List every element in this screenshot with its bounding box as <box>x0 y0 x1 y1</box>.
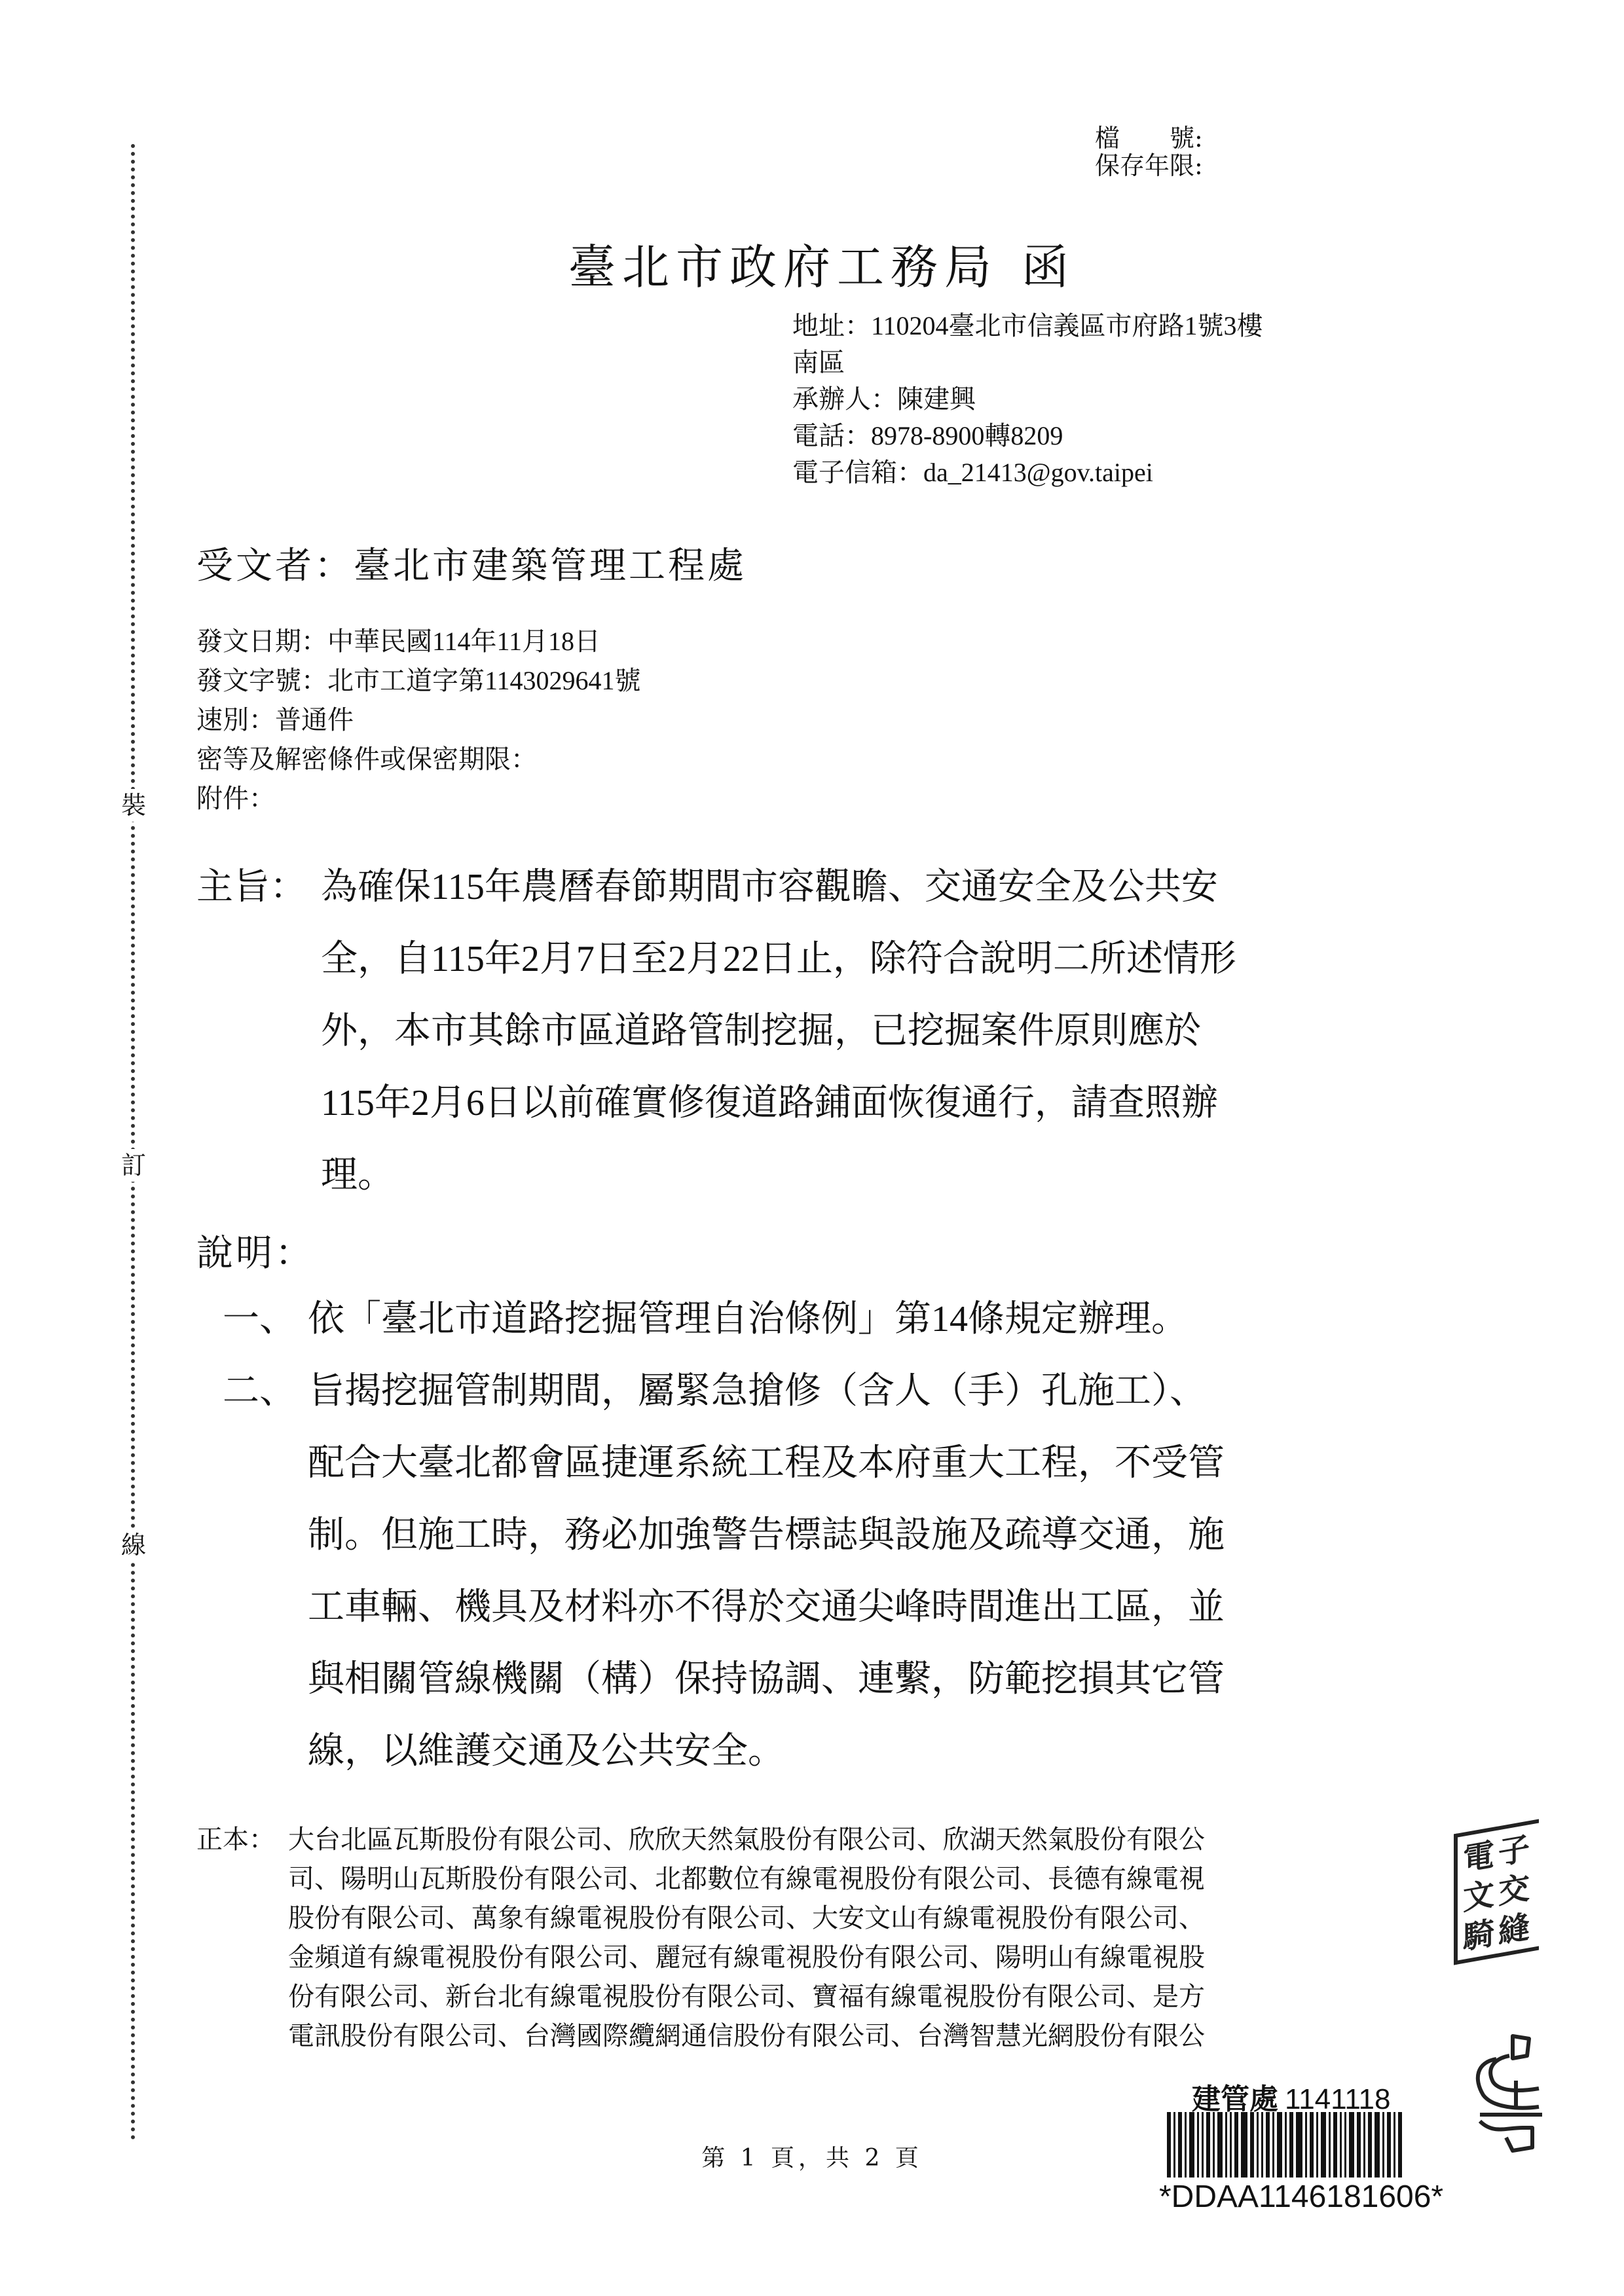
address-line-1: 地址：110204臺北市信義區市府路1號3樓 <box>792 308 1263 344</box>
distribution-line: 金頻道有線電視股份有限公司、麗冠有線電視股份有限公司、陽明山有線電視股 <box>288 1938 1441 1977</box>
seal-char: 電 <box>1463 1835 1494 1880</box>
seal-column-1: 電 文 騎 <box>1463 1835 1494 1959</box>
document-meta-list: 發文日期：中華民國114年11月18日 發文字號：北市工道字第114302964… <box>196 622 641 818</box>
subject-line: 全，自115年2月7日至2月22日止，除符合說明二所述情形 <box>321 923 1375 995</box>
explanation-line: 工車輛、機具及材料亦不得於交通尖峰時間進出工區，並 <box>308 1571 1401 1643</box>
subject-section: 主旨： 為確保115年農曆春節期間市容觀瞻、交通安全及公共安 全，自115年2月… <box>196 851 1375 1211</box>
explanation-line: 旨揭挖掘管制期間，屬緊急搶修（含人（手）孔施工）、 <box>308 1355 1401 1427</box>
issuing-agency: 臺北市政府工務局 <box>568 240 998 295</box>
explanation-item-1: 一、 依「臺北市道路挖掘管理自治條例」第14條規定辦理。 <box>223 1283 1401 1355</box>
subject-line: 為確保115年農曆春節期間市容觀瞻、交通安全及公共安 <box>321 851 1375 923</box>
receipt-stamp: 建管處1141118 <box>1192 2075 1391 2117</box>
explanation-line: 與相關管線機關（構）保持協調、連繫，防範挖損其它管 <box>308 1643 1401 1715</box>
distribution-line: 司、陽明山瓦斯股份有限公司、北都數位有線電視股份有限公司、長德有線電視 <box>288 1859 1441 1899</box>
file-meta-block: 檔 號 : 保存年限 : <box>1095 124 1203 179</box>
binding-margin-dotted-line <box>131 144 135 2141</box>
seal-column-2: 子 交 縫 <box>1498 1829 1530 1953</box>
explanation-items: 一、 依「臺北市道路挖掘管理自治條例」第14條規定辦理。 二、 旨揭挖掘管制期間… <box>223 1283 1401 1787</box>
delivery-speed: 速別：普通件 <box>196 701 641 740</box>
subject-label: 主旨： <box>196 851 306 923</box>
file-number-label-b: 號 <box>1170 124 1194 152</box>
retention-row: 保存年限 : <box>1095 152 1203 179</box>
issue-date: 發文日期：中華民國114年11月18日 <box>196 622 641 661</box>
address-line-2: 南區 <box>792 344 1263 381</box>
binding-mark-zhuang: 裝 <box>118 789 149 822</box>
distribution-line: 份有限公司、新台北有線電視股份有限公司、寶福有線電視股份有限公司、是方 <box>288 1977 1441 2016</box>
attachments: 附件： <box>196 779 641 818</box>
binding-mark-xian: 線 <box>118 1529 149 1561</box>
page-number: 第 1 頁，共 2 頁 <box>0 2140 1624 2173</box>
binding-mark-ding: 訂 <box>118 1149 149 1182</box>
document-number: 發文字號：北市工道字第1143029641號 <box>196 661 641 701</box>
seal-char: 交 <box>1498 1868 1530 1912</box>
explanation-line: 線，以維護交通及公共安全。 <box>308 1715 1401 1787</box>
distribution-body: 大台北區瓦斯股份有限公司、欣欣天然氣股份有限公司、欣湖天然氣股份有限公 司、陽明… <box>288 1820 1441 2056</box>
file-number-label-a: 檔 <box>1095 124 1120 152</box>
file-number-row: 檔 號 : <box>1095 124 1203 152</box>
subject-line: 115年2月6日以前確實修復道路鋪面恢復通行，請查照辦 <box>321 1067 1375 1139</box>
classification: 密等及解密條件或保密期限： <box>196 740 641 779</box>
explanation-line: 配合大臺北都會區捷運系統工程及本府重大工程，不受管 <box>308 1427 1401 1499</box>
explanation-item-2: 二、 旨揭挖掘管制期間，屬緊急搶修（含人（手）孔施工）、 配合大臺北都會區捷運系… <box>223 1355 1401 1787</box>
explanation-item-text: 旨揭挖掘管制期間，屬緊急搶修（含人（手）孔施工）、 配合大臺北都會區捷運系統工程… <box>308 1355 1401 1787</box>
subject-line: 理。 <box>321 1139 1375 1211</box>
retention-colon: : <box>1194 152 1203 179</box>
retention-label: 保存年限 <box>1095 152 1194 179</box>
distribution-line: 大台北區瓦斯股份有限公司、欣欣天然氣股份有限公司、欣湖天然氣股份有限公 <box>288 1820 1441 1859</box>
explanation-item-number: 二、 <box>223 1355 308 1427</box>
document-type: 函 <box>1022 240 1075 295</box>
phone: 電話：8978-8900轉8209 <box>792 418 1263 454</box>
explanation-line: 制。但施工時，務必加強警告標誌與設施及疏導交通，施 <box>308 1499 1401 1571</box>
distribution-line: 電訊股份有限公司、台灣國際纜網通信股份有限公司、台灣智慧光網股份有限公 <box>288 2016 1441 2056</box>
subject-line: 外，本市其餘市區道路管制挖掘，已挖掘案件原則應於 <box>321 995 1375 1067</box>
document-title: 臺北市政府工務局函 <box>0 229 1624 297</box>
seal-char: 騎 <box>1463 1914 1494 1958</box>
distribution-label: 正本： <box>196 1820 275 1859</box>
seal-char: 文 <box>1463 1874 1494 1919</box>
explanation-line: 依「臺北市道路挖掘管理自治條例」第14條規定辦理。 <box>308 1283 1401 1355</box>
barcode-number: *DDAA1146181606* <box>1159 2179 1443 2215</box>
explanation-item-number: 一、 <box>223 1283 308 1355</box>
distribution-list: 正本： 大台北區瓦斯股份有限公司、欣欣天然氣股份有限公司、欣湖天然氣股份有限公 … <box>196 1820 1441 2056</box>
recipient: 受文者：臺北市建築管理工程處 <box>196 537 747 589</box>
contact-block: 地址：110204臺北市信義區市府路1號3樓 南區 承辦人：陳建興 電話：897… <box>792 308 1263 491</box>
electronic-document-seal: 電 文 騎 子 交 縫 <box>1454 1819 1539 1965</box>
explanation-label: 說明： <box>196 1224 314 1277</box>
subject-body: 為確保115年農曆春節期間市容觀瞻、交通安全及公共安 全，自115年2月7日至2… <box>321 851 1375 1211</box>
seal-char: 縫 <box>1498 1907 1530 1952</box>
handler: 承辦人：陳建興 <box>792 381 1263 418</box>
explanation-item-text: 依「臺北市道路挖掘管理自治條例」第14條規定辦理。 <box>308 1283 1401 1355</box>
email: 電子信箱：da_21413@gov.taipei <box>792 454 1263 491</box>
seal-char: 子 <box>1498 1829 1530 1873</box>
distribution-line: 股份有限公司、萬象有線電視股份有限公司、大安文山有線電視股份有限公司、 <box>288 1899 1441 1938</box>
receipt-date: 1141118 <box>1285 2083 1391 2115</box>
file-number-colon: : <box>1194 124 1203 152</box>
receipt-unit: 建管處 <box>1192 2083 1278 2115</box>
